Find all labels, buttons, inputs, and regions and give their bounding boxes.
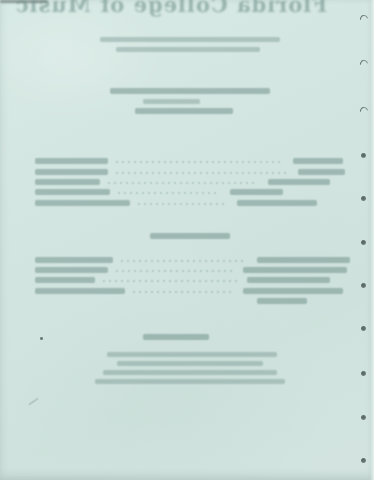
leader-dots <box>138 203 227 205</box>
ghost-program-2-right <box>243 267 347 273</box>
ghost-footer-paragraph-lines <box>117 361 263 366</box>
ghost-footer-paragraph-lines <box>95 379 285 384</box>
ghost-program-2-right <box>247 277 330 283</box>
ghost-program-1-right <box>237 200 317 206</box>
leader-dots <box>133 291 233 293</box>
binding-hole-mark <box>361 371 366 376</box>
ghost-program-1-left <box>35 179 100 185</box>
ghost-program-2-left <box>35 267 108 273</box>
ghost-program-2-right <box>257 257 350 263</box>
ghost-subtitle-lines <box>100 37 280 42</box>
ghost-program-1-left <box>35 169 108 175</box>
binding-hole-mark <box>361 415 366 420</box>
binding-hole-mark <box>361 153 366 158</box>
leader-dots <box>103 280 237 282</box>
ghost-event-heading-lines <box>135 108 233 114</box>
paper-right-edge <box>370 0 374 480</box>
leader-dots <box>116 161 283 163</box>
ghost-program-1-right <box>230 189 283 195</box>
ghost-program-1-right <box>298 169 345 175</box>
ghost-program-1-right <box>268 179 330 185</box>
leader-dots <box>116 172 288 174</box>
leader-dots <box>118 192 220 194</box>
binding-hole-mark <box>361 458 366 463</box>
ghost-program-1-left <box>35 189 110 195</box>
ghost-program-2-left <box>35 277 95 283</box>
binding-hole-mark <box>361 196 366 201</box>
ghost-footer-paragraph-lines <box>103 370 277 375</box>
ghost-footer-paragraph-lines <box>107 352 277 357</box>
binding-hole-mark <box>361 326 366 331</box>
leader-dots <box>116 270 233 272</box>
ghost-program-2-left <box>35 288 125 294</box>
ghost-program-2-left <box>35 257 113 263</box>
bleedthrough-text-layer <box>0 0 374 480</box>
ghost-program-1-right <box>293 158 343 164</box>
binding-hole-mark <box>361 283 366 288</box>
ghost-subtitle-lines <box>116 47 260 52</box>
leader-dots <box>121 260 247 262</box>
ghost-event-heading-lines <box>110 88 270 94</box>
ghost-center-heading-2 <box>143 334 209 340</box>
ghost-center-heading-1 <box>150 233 230 239</box>
ghost-program-1-left <box>35 158 108 164</box>
paper-speck <box>40 337 43 340</box>
ghost-event-heading-lines <box>143 99 200 104</box>
ghost-program-2-right <box>257 298 307 304</box>
ghost-program-1-left <box>35 200 130 206</box>
scanned-page: Florida College of Music <box>0 0 374 480</box>
ghost-program-2-right <box>243 288 343 294</box>
leader-dots <box>108 182 258 184</box>
binding-hole-mark <box>361 240 366 245</box>
